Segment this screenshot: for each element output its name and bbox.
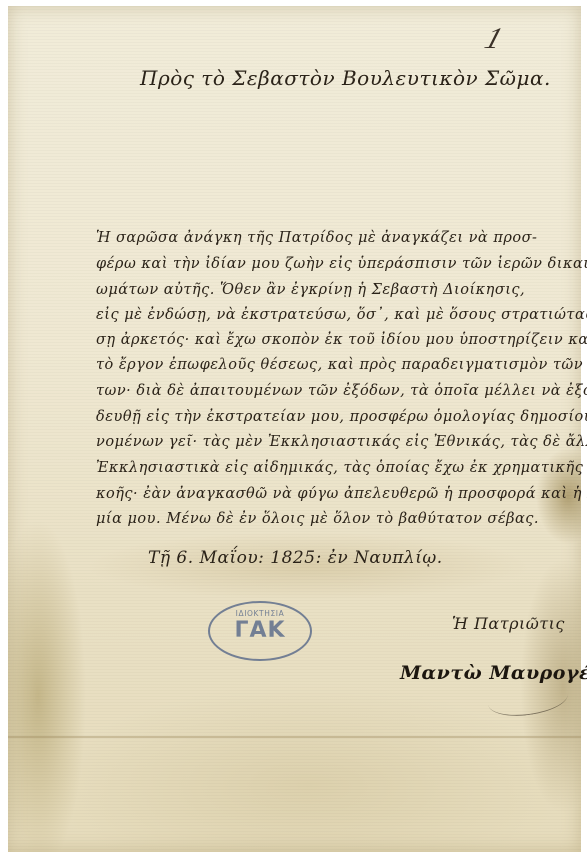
- body-line: σῃ ἀρκετός· καὶ ἔχω σκοπὸν ἐκ τοῦ ἰδίου …: [96, 332, 587, 348]
- body-line: των· διὰ δὲ ἀπαιτουμένων τῶν ἐξόδων, τὰ …: [96, 383, 587, 399]
- body-line: φέρω καὶ τὴν ἰδίαν μου ζωὴν εἰς ὑπεράσπι…: [96, 256, 587, 272]
- body-line: ωμάτων αὐτῆς. Ὅθεν ἂν ἐγκρίνῃ ἡ Σεβαστὴ …: [96, 282, 525, 298]
- body-line: δευθῇ εἰς τὴν ἐκστρατείαν μου, προσφέρω …: [96, 409, 587, 425]
- body-line: εἰς μὲ ἐνδώσῃ, νὰ ἐκστρατεύσω, ὅσ᾽, καὶ …: [96, 307, 587, 323]
- body-line: Ἐκκλησιαστικὰ εἰς αἰδημικάς, τὰς ὁποίας …: [96, 460, 587, 476]
- date-place-line: Τῇ 6. Μαΐου: 1825: ἐν Ναυπλίῳ.: [148, 548, 443, 568]
- manuscript-page: [8, 6, 581, 852]
- paper-fold-line: [8, 736, 581, 738]
- signature-title: Ἡ Πατριῶτις: [452, 614, 565, 633]
- body-line: Ἡ σαρῶσα ἀνάγκη τῆς Πατρίδος μὲ ἀναγκάζε…: [96, 230, 537, 246]
- body-line: κοῆς· ἐὰν ἀναγκασθῶ νὰ φύγω ἀπελευθερῶ ἡ…: [96, 486, 587, 502]
- letter-heading: Πρὸς τὸ Σεβαστὸν Βουλευτικὸν Σῶμα.: [140, 66, 551, 90]
- body-line: μία μου. Μένω δὲ ἐν ὅλοις μὲ ὅλον τὸ βαθ…: [96, 511, 539, 527]
- body-line: τὸ ἔργον ἐπωφελοῦς θέσεως, καὶ πρὸς παρα…: [96, 357, 587, 373]
- body-line: νομένων γεῖ· τὰς μὲν Ἐκκλησιαστικάς εἰς …: [96, 434, 587, 450]
- stamp-main-text: ΓΑΚ: [210, 618, 310, 644]
- archive-ownership-stamp: ΙΔΙΟΚΤΗΣΙΑ ΓΑΚ: [208, 601, 312, 661]
- stamp-top-text: ΙΔΙΟΚΤΗΣΙΑ: [210, 609, 310, 618]
